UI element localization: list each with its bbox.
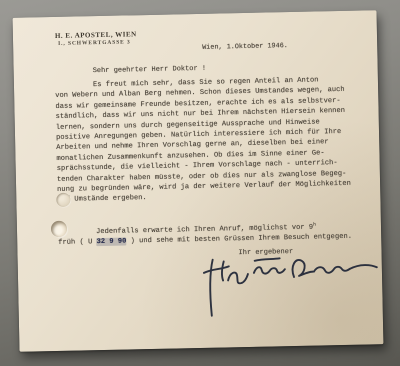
- signature-stroke: [350, 265, 377, 269]
- signature-stroke: [314, 267, 350, 274]
- body-paragraph-1: Es freut mich sehr, dass Sie so regen An…: [55, 75, 360, 206]
- signature-stroke: [228, 272, 248, 283]
- letter-body: Es freut mich sehr, dass Sie so regen An…: [55, 75, 360, 249]
- signature-stroke: [255, 258, 280, 261]
- salutation: Sehr geehrter Herr Doktor !: [93, 65, 207, 75]
- body-paragraph-2: Jedenfalls erwarte ich Ihren Anruf, mögl…: [58, 221, 360, 248]
- letterhead-address: I., SCHWERTGASSE 3: [58, 39, 137, 47]
- signature-stroke: [210, 260, 214, 316]
- photo-background: H. E. APOSTEL, WIEN I., SCHWERTGASSE 3 W…: [0, 0, 400, 366]
- signature-stroke: [204, 266, 229, 273]
- signature-stroke: [254, 267, 285, 274]
- signature: [168, 250, 389, 327]
- signature-ink: [168, 250, 389, 325]
- signature-stroke: [292, 260, 313, 277]
- date-line: Wien, 1.Oktober 1946.: [202, 42, 288, 52]
- p2-line2-pre: früh ( U: [58, 238, 96, 247]
- letterhead: H. E. APOSTEL, WIEN I., SCHWERTGASSE 3: [55, 30, 137, 47]
- superscript-h: h: [313, 223, 316, 228]
- signature-stroke: [222, 261, 224, 280]
- letter-paper: H. E. APOSTEL, WIEN I., SCHWERTGASSE 3 W…: [13, 10, 384, 352]
- phone-number: 32 9 90: [96, 238, 126, 247]
